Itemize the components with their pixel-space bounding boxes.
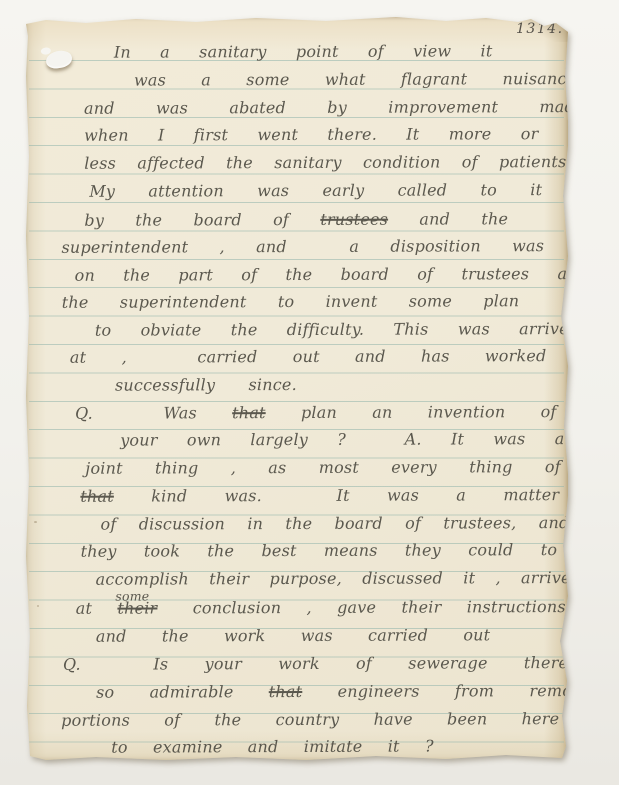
handwriting-text: accomplish their purpose, discussed it ,… xyxy=(96,568,582,589)
handwriting-line: at theirsome conclusion , gave their ins… xyxy=(76,599,566,617)
handwriting-line: Q. Is your work of sewerage there xyxy=(63,655,568,673)
manuscript-page: 1314. In a sanitary point of view itwas … xyxy=(26,16,568,761)
handwriting-line: My attention was early called to it xyxy=(89,182,542,200)
handwriting-text: successfully since. xyxy=(115,375,297,395)
page-shadow-wrapper: 1314. In a sanitary point of view itwas … xyxy=(0,0,619,785)
handwriting-line: and the work was carried out xyxy=(96,627,490,644)
handwriting-text: at xyxy=(76,599,118,618)
handwriting-text: of discussion in the board of trustees, … xyxy=(100,513,569,534)
handwriting-text: and was abated by improvement made xyxy=(84,97,585,118)
handwriting-text: and the work was carried out xyxy=(96,625,491,645)
handwriting-line: that kind was. It was a matter xyxy=(80,487,559,505)
handwriting-text: portions of the country have been here xyxy=(61,709,559,730)
handwriting-text: joint thing , as most every thing of xyxy=(85,457,561,478)
handwriting-text: less affected the sanitary condition of … xyxy=(84,152,566,173)
handwriting-text: at , carried out and has worked xyxy=(70,346,547,367)
handwriting-text: engineers from remote xyxy=(302,681,588,701)
handwriting-text: when I first went there. It more or xyxy=(84,124,538,145)
handwriting-text: so admirable xyxy=(96,682,269,702)
handwriting-line: at , carried out and has worked xyxy=(70,348,547,366)
handwriting-line: less affected the sanitary condition of … xyxy=(84,154,566,172)
handwriting-text: plan an invention of xyxy=(266,402,557,422)
handwriting-line: successfully since. xyxy=(115,377,297,394)
handwriting-line: superintendent , and a disposition was e… xyxy=(61,238,619,256)
handwriting-line: the superintendent to invent some plan xyxy=(62,293,520,311)
handwriting-text: conclusion , gave their instructions xyxy=(167,597,565,617)
inserted-word: some xyxy=(115,591,149,604)
handwriting-text: your own largely ? A. It was a xyxy=(120,429,564,450)
handwriting-text: by the board of xyxy=(84,210,320,230)
handwriting-text: to obviate the difficulty. This was arri… xyxy=(95,319,580,340)
handwriting-line: to examine and imitate it ? xyxy=(111,739,434,756)
struck-word: that xyxy=(80,487,114,506)
handwriting-line: on the part of the board of trustees and xyxy=(75,266,589,284)
scanned-document-background: 1314. In a sanitary point of view itwas … xyxy=(0,0,619,785)
handwriting-text: Q. Was xyxy=(75,403,232,423)
handwriting-line: of discussion in the board of trustees, … xyxy=(100,515,569,533)
handwriting-text: the superintendent to invent some plan xyxy=(62,291,520,312)
handwriting-line: accomplish their purpose, discussed it ,… xyxy=(96,570,582,588)
handwriting-text: to examine and imitate it ? xyxy=(111,737,434,757)
handwriting-line: by the board of trustees and the xyxy=(84,211,508,228)
handwriting-text: on the part of the board of trustees and xyxy=(75,264,589,285)
handwriting-text: Q. Is your work of sewerage there xyxy=(63,653,568,674)
handwriting-layer: In a sanitary point of view itwas a some… xyxy=(25,15,570,762)
handwriting-text: and the xyxy=(388,209,508,228)
struck-word: that xyxy=(232,403,266,422)
handwriting-line: was a some what flagrant nuisance. xyxy=(134,71,582,89)
handwriting-line: portions of the country have been here xyxy=(61,711,559,729)
handwriting-text: My attention was early called to it xyxy=(89,180,542,201)
struck-word: trustees xyxy=(320,210,388,229)
handwriting-line: when I first went there. It more or xyxy=(84,126,538,144)
handwriting-text: they took the best means they could to xyxy=(81,540,558,561)
handwriting-line: so admirable that engineers from remote xyxy=(96,683,588,701)
handwriting-line: and was abated by improvement made xyxy=(84,99,585,117)
handwriting-text: superintendent , and a disposition was e… xyxy=(61,236,619,257)
handwriting-line: Q. Was that plan an invention of xyxy=(75,404,557,422)
struck-word: that xyxy=(269,682,303,701)
handwriting-text: was a some what flagrant nuisance. xyxy=(134,69,582,90)
handwriting-line: your own largely ? A. It was a xyxy=(120,431,564,449)
handwriting-text: In a sanitary point of view it xyxy=(114,41,493,61)
handwriting-line: joint thing , as most every thing of xyxy=(85,459,561,477)
handwriting-line: they took the best means they could to xyxy=(81,542,558,560)
handwriting-text: kind was. It was a matter xyxy=(114,485,559,506)
handwriting-line: In a sanitary point of view it xyxy=(114,43,493,60)
handwriting-line: to obviate the difficulty. This was arri… xyxy=(95,321,579,339)
